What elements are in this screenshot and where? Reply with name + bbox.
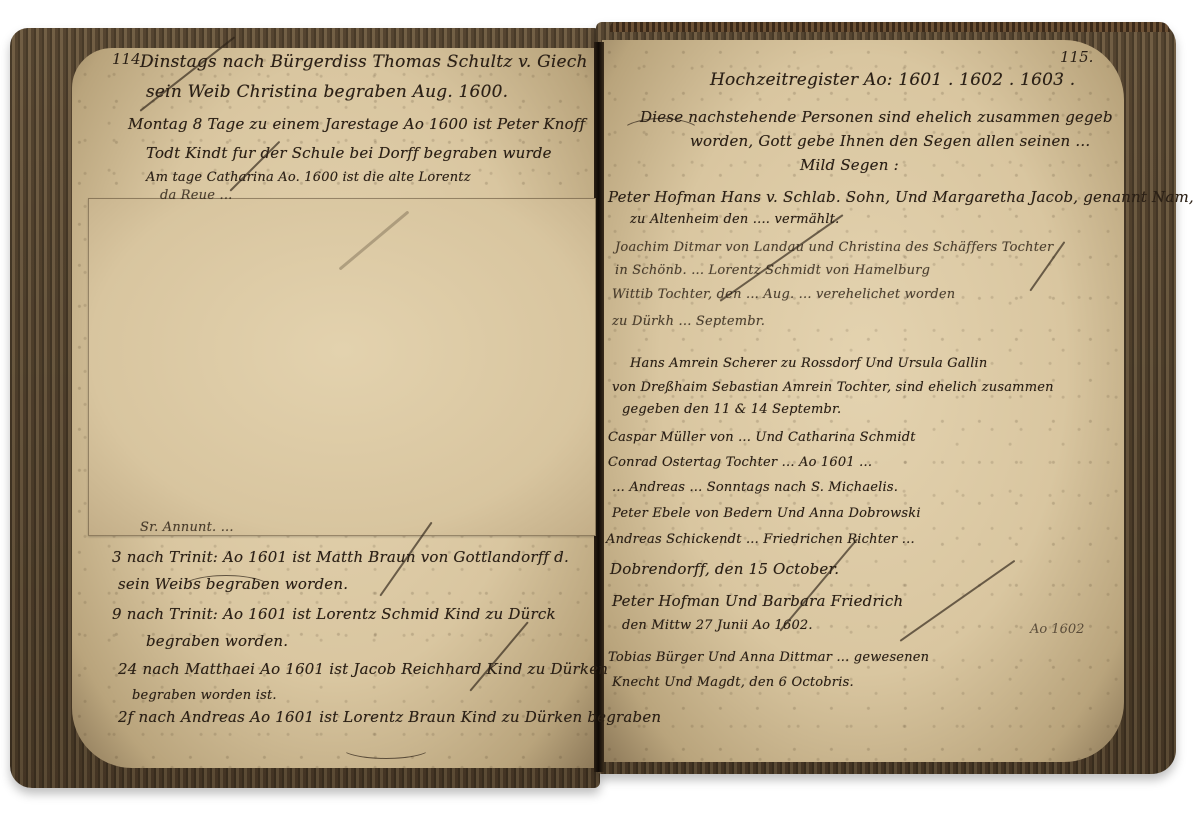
marriage-entry: zu Altenheim den .... vermählt.: [630, 212, 839, 227]
left-lower-line: 3 nach Trinit: Ao 1601 ist Matth Braun v…: [112, 548, 569, 566]
marriage-entry: Peter Hofman Hans v. Schlab. Sohn, Und M…: [608, 188, 1194, 206]
marriage-entry: in Schönb. ... Lorentz Schmidt von Hamel…: [615, 263, 930, 278]
intro-line: Diese nachstehende Personen sind ehelich…: [640, 108, 1113, 126]
marriage-entry: Tobias Bürger Und Anna Dittmar ... gewes…: [608, 650, 929, 665]
marriage-entry: gegeben den 11 & 14 Septembr.: [622, 402, 841, 417]
marriage-entry: Peter Hofman Und Barbara Friedrich: [612, 592, 903, 610]
marriage-entry: ... Andreas ... Sonntags nach S. Michael…: [612, 480, 898, 495]
left-header-line: Dinstags nach Bürgerdiss Thomas Schultz …: [140, 52, 588, 72]
pasted-slip: [88, 198, 596, 536]
left-header-line: Todt Kindt fur der Schule bei Dorff begr…: [146, 144, 552, 162]
marriage-entry: Hans Amrein Scherer zu Rossdorf Und Ursu…: [630, 356, 988, 371]
left-lower-line: 9 nach Trinit: Ao 1601 ist Lorentz Schmi…: [112, 605, 556, 623]
intro-line: Mild Segen :: [800, 156, 899, 174]
left-header-line: Montag 8 Tage zu einem Jarestage Ao 1600…: [128, 115, 585, 133]
left-lower-line: 24 nach Matthaei Ao 1601 ist Jacob Reich…: [118, 660, 608, 678]
marriage-entry: Peter Ebele von Bedern Und Anna Dobrowsk…: [612, 506, 921, 521]
intro-line: worden, Gott gebe Ihnen den Segen allen …: [690, 132, 1090, 150]
page-number-right: 115.: [1060, 48, 1093, 66]
marriage-entry: Andreas Schickendt ... Friedrichen Richt…: [606, 532, 915, 547]
marriage-entry: Dobrendorff, den 15 October.: [610, 560, 839, 578]
marriage-entry: Wittib Tochter, den ... Aug. ... verehel…: [612, 287, 955, 302]
margin-note: Ao 1602: [1030, 622, 1084, 637]
left-lower-line: begraben worden.: [146, 632, 288, 650]
headband: [610, 22, 1170, 32]
left-lower-line: Sr. Annunt. ...: [140, 520, 234, 535]
marriage-entry: Joachim Ditmar von Landau und Christina …: [615, 240, 1053, 255]
flourish-loop: [180, 575, 272, 603]
register-title: Hochzeitregister Ao: 1601 . 1602 . 1603 …: [710, 70, 1075, 90]
marriage-entry: Caspar Müller von ... Und Catharina Schm…: [608, 430, 916, 445]
marriage-entry: Conrad Ostertag Tochter ... Ao 1601 ...: [608, 455, 872, 470]
left-lower-line: 2f nach Andreas Ao 1601 ist Lorentz Brau…: [118, 708, 661, 726]
flourish-loop: [620, 118, 702, 150]
marriage-entry: von Dreßhaim Sebastian Amrein Tochter, s…: [612, 380, 1054, 395]
left-header-line: da Reue ...: [160, 188, 232, 203]
marriage-entry: zu Dürkh ... Septembr.: [612, 314, 765, 329]
left-header-line: sein Weib Christina begraben Aug. 1600.: [146, 82, 508, 102]
left-header-line: Am tage Catharina Ao. 1600 ist die alte …: [146, 170, 471, 185]
marriage-entry: Knecht Und Magdt, den 6 Octobris.: [612, 675, 854, 690]
flourish-loop: [340, 735, 432, 759]
left-lower-line: begraben worden ist.: [132, 688, 277, 703]
